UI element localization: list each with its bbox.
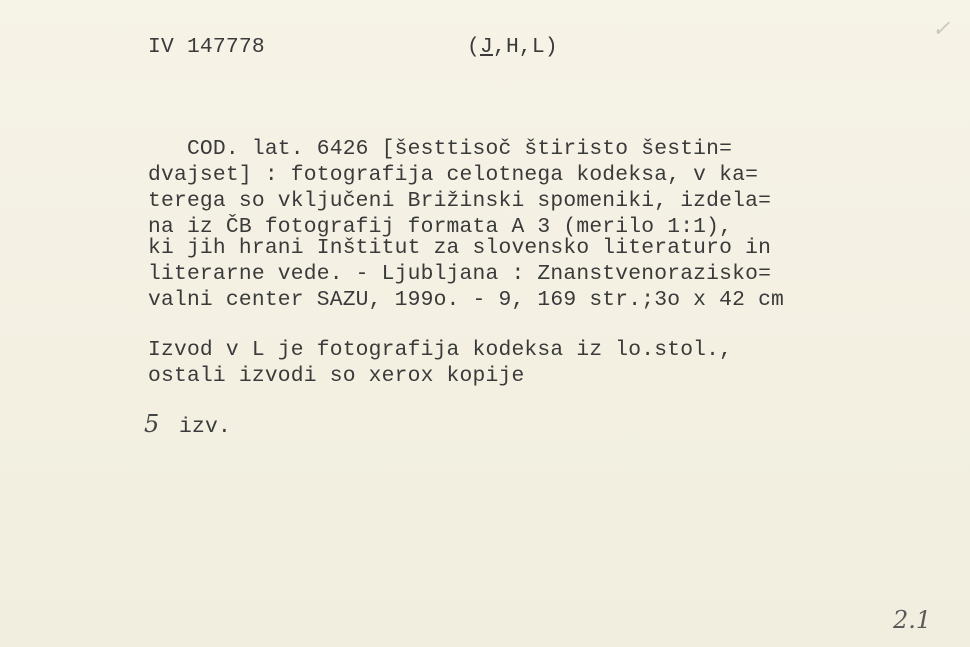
check-mark-icon: ✓ [932,17,950,42]
copies-label: izv. [179,417,231,438]
note-line: Izvod v L je fotografija kodeksa iz lo.s… [148,340,732,361]
location-codes: (J,H,L) [467,37,558,58]
description-line: ki jih hrani Inštitut za slovensko liter… [148,238,771,259]
description-line: terega so vključeni Brižinski spomeniki,… [148,191,771,212]
description-line: dvajset] : fotografija celotnega kodeksa… [148,165,758,186]
description-line: valni center SAZU, 199o. - 9, 169 str.;3… [148,290,784,311]
shelf-mark-handwritten: 2.1 [893,606,931,634]
locations-rest: ,H,L) [493,35,558,59]
note-line: ostali izvodi so xerox kopije [148,366,524,387]
description-line: literarne vede. - Ljubljana : Znanstveno… [148,264,771,285]
copies-count-handwritten: 5 [144,410,159,438]
description-line: COD. lat. 6426 [šesttisoč štiristo šesti… [148,139,732,160]
locations-underlined: J [480,35,493,59]
call-number: IV 147778 [148,37,265,58]
catalog-card: IV 147778 (J,H,L) COD. lat. 6426 [šestti… [0,0,970,647]
locations-open: ( [467,35,480,59]
